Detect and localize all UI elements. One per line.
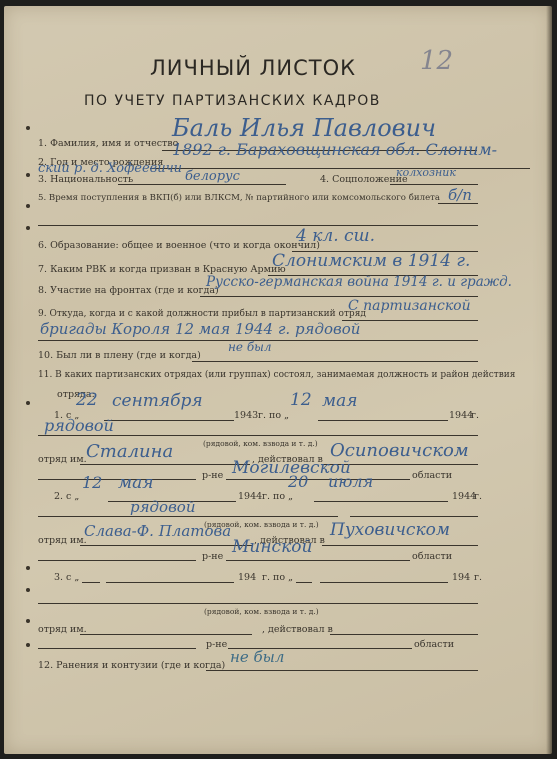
field-10-line [192, 361, 478, 362]
field-3-line [118, 184, 286, 185]
entry-2-operated-in[interactable]: Пуховичском [330, 520, 450, 540]
entry-1-from-line [104, 420, 234, 421]
field-1-label: 1. Фамилия, имя и отчество [38, 138, 178, 149]
binding-hole [26, 643, 30, 647]
field-8-line [200, 296, 478, 297]
entry-2-region-label: области [412, 551, 452, 562]
field-12-line [206, 670, 478, 671]
entry-3-to-day-line [296, 582, 312, 583]
entry-3-detachment-line [80, 634, 252, 635]
field-10-label: 10. Был ли в плену (где и когда) [38, 350, 201, 361]
field-1-value[interactable]: Баль Илья Павлович [172, 114, 436, 142]
entry-2-region[interactable]: Минской [232, 537, 312, 557]
binding-hole [26, 588, 30, 592]
entry-2-detachment[interactable]: Слава-Ф. Платова [84, 522, 231, 540]
entry-1-position[interactable]: рядовой [44, 416, 114, 435]
entry-3-operated-label: , действовал в [262, 624, 333, 635]
entry-2-year-suffix: г. [474, 491, 482, 502]
entry-1-region-label: области [412, 470, 452, 481]
entry-2-district-line-left [38, 560, 196, 561]
field-8-value[interactable]: Русско-германская война 1914 г. и гражд. [206, 274, 512, 290]
field-7-value[interactable]: Слонимским в 1914 г. [272, 251, 470, 271]
entry-2-position-line [38, 516, 338, 517]
entry-3-region-label: области [414, 639, 454, 650]
entry-2-from-year[interactable]: 1944 [238, 491, 262, 502]
field-11-label: 11. В каких партизанских отрядах (или гр… [38, 370, 515, 380]
binding-hole [26, 126, 30, 130]
field-9-value-line2[interactable]: бригады Короля 12 мая 1944 г. рядовой [40, 320, 360, 338]
entry-2-to-label: г. по „ [262, 491, 293, 502]
entry-1-to-label: г. по „ [258, 410, 289, 421]
entry-2-position[interactable]: рядовой [130, 498, 196, 516]
field-4-value[interactable]: колхозник [396, 166, 456, 179]
field-9-line [342, 320, 478, 321]
field-5-extra-line [38, 225, 478, 226]
field-12-label: 12. Ранения и контузии (где и когда) [38, 660, 225, 671]
field-6-value[interactable]: 4 кл. сш. [296, 226, 375, 246]
entry-3-district-line-left [38, 648, 196, 649]
position-hint: (рядовой, ком. взвода и т. д.) [203, 439, 318, 448]
entry-2-from-day[interactable]: 12 [82, 473, 102, 492]
binding-hole [26, 566, 30, 570]
binding-hole [26, 619, 30, 623]
entry-2-operated-line [322, 545, 478, 546]
field-5-label: 5. Время поступления в ВКП(б) или ВЛКСМ,… [38, 193, 440, 203]
entry-1-detachment-line [80, 464, 250, 465]
entry-1-position-line [38, 435, 478, 436]
field-12-value[interactable]: не был [230, 648, 284, 666]
entry-1-region-line [226, 479, 410, 480]
entry-3-to-label: г. по „ [262, 572, 293, 583]
entry-1-to-line [318, 420, 448, 421]
entry-2-to-month[interactable]: июля [328, 472, 373, 491]
entry-2-to-line [314, 501, 448, 502]
field-3-value[interactable]: белорус [185, 169, 240, 184]
field-9-value-line1[interactable]: С партизанской [348, 298, 471, 314]
entry-3-from-line [106, 582, 234, 583]
entry-2-num: 2. [54, 491, 63, 502]
entry-3-year-suffix: г. [474, 572, 482, 583]
entry-1-from-month[interactable]: сентября [112, 391, 203, 411]
entry-2-to-day[interactable]: 20 [288, 472, 308, 491]
entry-2-district-label: р-не [202, 551, 223, 562]
field-9-label: 9. Откуда, когда и с какой должности при… [38, 309, 366, 319]
entry-3-to-line [320, 582, 448, 583]
entry-2-to-year[interactable]: 1944 [452, 491, 476, 502]
binding-hole [26, 173, 30, 177]
entry-1-detachment[interactable]: Сталина [86, 441, 173, 462]
sheet-number: 12 [420, 46, 453, 76]
binding-hole [26, 204, 30, 208]
entry-1-year-suffix: г. [471, 410, 479, 421]
field-5-value[interactable]: б/п [448, 186, 472, 204]
field-4-line [390, 184, 478, 185]
entry-1-to-year[interactable]: 1944 [449, 410, 473, 421]
entry-3-from-day-line [82, 582, 100, 583]
entry-3-position-line [38, 603, 478, 604]
entry-1-district-line-left [38, 479, 196, 480]
paper-edge-shadow [546, 6, 552, 754]
entry-1-from-day[interactable]: 22 [76, 390, 98, 410]
binding-hole [26, 226, 30, 230]
entry-3-operated-line [330, 634, 478, 635]
document-subtitle: ПО УЧЕТУ ПАРТИЗАНСКИХ КАДРОВ [84, 93, 381, 109]
entry-3-to-year[interactable]: 194 [452, 572, 470, 583]
entry-1-to-month[interactable]: мая [322, 391, 358, 411]
field-10-value[interactable]: не был [228, 340, 272, 354]
field-6-label: 6. Образование: общее и военное (что и к… [38, 240, 320, 251]
entry-2-detachment-line [80, 545, 252, 546]
entry-1-to-day[interactable]: 12 [290, 390, 312, 410]
entry-3-num: 3. [54, 572, 63, 583]
position-hint-3: (рядовой, ком. взвода и т. д.) [204, 607, 319, 616]
entry-3-from-label: с „ [66, 572, 79, 583]
entry-3-district-label: р-не [206, 639, 227, 650]
entry-2-region-line [226, 560, 410, 561]
entry-3-from-year[interactable]: 194 [238, 572, 256, 583]
binding-hole [26, 401, 30, 405]
entry-1-from-year[interactable]: 1943 [234, 410, 258, 421]
field-2-value-line1[interactable]: 1892 г. Бараховщинская обл. Слоним- [172, 140, 497, 159]
entry-1-district-label: р-не [202, 470, 223, 481]
field-8-label: 8. Участие на фронтах (где и когда) [38, 285, 219, 296]
entry-2-from-month[interactable]: мая [118, 473, 154, 493]
entry-2-position-line-right [350, 516, 478, 517]
document-title: ЛИЧНЫЙ ЛИСТОК [150, 56, 356, 80]
entry-2-from-label: с „ [66, 491, 79, 502]
